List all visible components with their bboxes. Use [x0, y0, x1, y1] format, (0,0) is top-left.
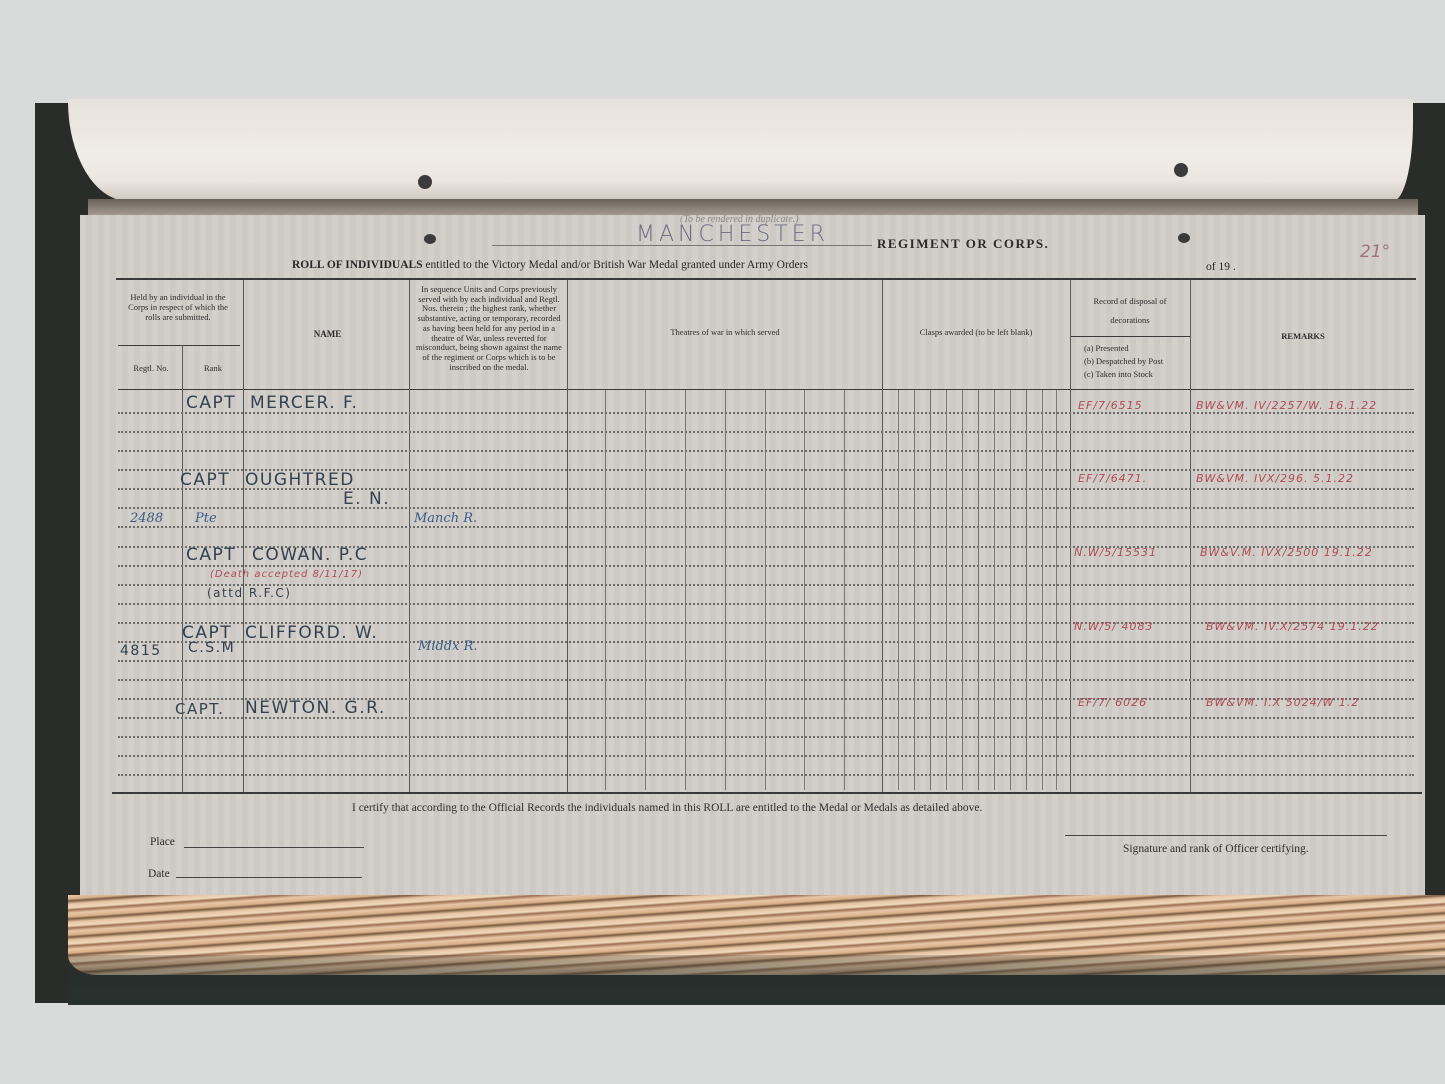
header-units: In sequence Units and Corps previously s…	[414, 285, 564, 372]
ruled-line	[118, 526, 1414, 528]
entry-regtl-no: 2488	[130, 511, 163, 526]
ruled-line	[118, 431, 1414, 433]
entry-rank: CAPT.	[175, 700, 224, 718]
header-rank: Rank	[186, 363, 240, 373]
certification-statement: I certify that according to the Official…	[352, 802, 982, 814]
ruled-line	[118, 755, 1414, 757]
entry-rank: CAPT	[186, 545, 236, 565]
header-record-disposal: Record of disposal of decorations	[1074, 292, 1186, 330]
record-option-c: (c) Taken into Stock	[1084, 369, 1188, 379]
punch-hole-icon	[424, 234, 436, 244]
previous-page-curl	[68, 99, 1413, 201]
entry-remarks: BW&V.M. IVX/2500 19.1.22	[1200, 546, 1373, 559]
entry-name: OUGHTRED	[245, 470, 355, 490]
entry-death-note: (Death accepted 8/11/17)	[210, 569, 363, 580]
table-top-rule	[116, 278, 1416, 280]
date-line	[176, 877, 362, 878]
header-held-by: Held by an individual in the Corps in re…	[128, 292, 228, 322]
roll-title-bold: ROLL OF INDIVIDUALS	[292, 259, 423, 271]
entry-regtl-no: 4815	[120, 643, 162, 659]
ruled-line	[118, 660, 1414, 662]
col-divider	[409, 280, 410, 792]
entry-rank-line1: CAPT	[180, 470, 230, 490]
of-year: of 19 .	[1206, 261, 1236, 273]
entry-record: EF/7/6515	[1078, 399, 1143, 412]
entry-rank: C.S.M	[188, 640, 235, 656]
punch-hole-icon	[1174, 163, 1188, 177]
header-remarks: REMARKS	[1196, 331, 1410, 341]
punch-hole-icon	[1178, 233, 1190, 243]
entry-name: NEWTON. G.R.	[245, 698, 386, 718]
entry-attached-note: (attd R.F.C)	[207, 586, 291, 600]
ruled-line	[118, 774, 1414, 776]
held-by-divider	[118, 345, 240, 346]
entry-remarks: BW&VM. IV.X/2574 19.1.22	[1206, 620, 1379, 633]
record-divider	[1070, 336, 1190, 337]
date-label: Date	[148, 868, 170, 880]
ruled-line	[118, 603, 1414, 605]
entry-name: COWAN. P.C	[252, 545, 368, 565]
page-number: 21°	[1360, 242, 1390, 262]
ruled-line	[118, 584, 1414, 586]
ruled-line	[118, 679, 1414, 681]
regiment-label: REGIMENT OR CORPS.	[877, 236, 1049, 252]
header-regtl-no: Regtl. No.	[122, 363, 180, 373]
col-divider	[882, 280, 883, 792]
ruled-line	[118, 450, 1414, 452]
book-cover-shadow	[68, 955, 1445, 1005]
signature-label: Signature and rank of Officer certifying…	[1123, 843, 1309, 855]
entry-record: EF/7/6471.	[1078, 472, 1147, 485]
header-clasps: Clasps awarded (to be left blank)	[884, 327, 1068, 337]
entry-record: EF/7/ 6026	[1078, 696, 1147, 709]
col-divider	[567, 280, 568, 792]
ruled-line	[118, 507, 1414, 509]
record-option-b: (b) Despatched by Post	[1084, 356, 1188, 366]
col-divider	[243, 280, 244, 792]
regiment-name: MANCHESTER	[636, 222, 829, 247]
entry-remarks: BW&VM. IVX/296. 5.1.22	[1196, 472, 1354, 485]
col-divider	[1070, 280, 1071, 792]
punch-hole-icon	[418, 175, 432, 189]
entry-units: Manch R.	[414, 511, 477, 526]
entry-remarks: BW&VM. IV/2257/W. 16.1.22	[1196, 399, 1377, 412]
entry-units: Middx R.	[418, 639, 478, 654]
header-bottom-rule	[118, 389, 1414, 390]
place-label: Place	[150, 836, 175, 848]
col-divider	[1190, 280, 1191, 792]
entry-name: CLIFFORD. W.	[245, 623, 378, 643]
table-bottom-rule	[112, 792, 1422, 794]
ruled-line	[118, 736, 1414, 738]
ruled-line	[118, 565, 1414, 567]
entry-name-initials: E. N.	[343, 489, 390, 509]
header-name: NAME	[250, 329, 405, 339]
record-option-a: (a) Presented	[1084, 343, 1188, 353]
roll-title-rest: entitled to the Victory Medal and/or Bri…	[425, 259, 807, 271]
entry-rank: Pte	[195, 511, 217, 526]
entry-name: MERCER. F.	[250, 393, 358, 413]
place-line	[184, 847, 364, 848]
entry-rank: CAPT	[186, 393, 236, 413]
entry-record: N.W/5/ 4083	[1074, 620, 1154, 633]
roll-title: ROLL OF INDIVIDUALS entitled to the Vict…	[292, 259, 808, 271]
entry-record: N.W/5/15531	[1074, 546, 1157, 559]
entry-remarks: BW&VM. I.X 5024/W 1.2	[1206, 696, 1359, 709]
header-theatres: Theatres of war in which served	[570, 327, 880, 337]
signature-line	[1065, 835, 1387, 836]
